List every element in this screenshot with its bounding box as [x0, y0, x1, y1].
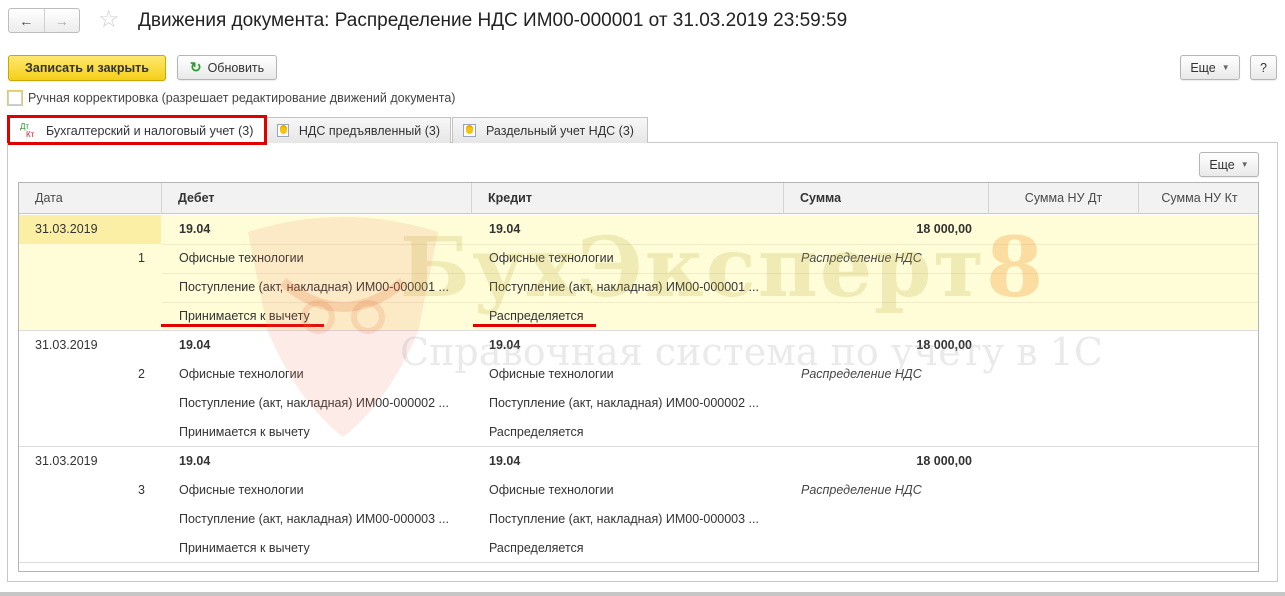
credit-line: Поступление (акт, накладная) ИМ00-000003… [489, 505, 759, 534]
debit-line: Поступление (акт, накладная) ИМ00-000003… [179, 505, 449, 534]
column-header-credit[interactable]: Кредит [472, 183, 784, 214]
star-icon[interactable]: ☆ [98, 6, 120, 34]
row-subline [162, 273, 1259, 274]
column-header-date[interactable]: Дата [19, 183, 162, 214]
arrow-right-icon: → [55, 13, 69, 29]
row-subline [162, 302, 1259, 303]
chevron-down-icon: ▼ [1222, 63, 1230, 72]
debit-line: 19.04 [179, 215, 210, 244]
forward-button[interactable]: → [45, 9, 80, 32]
row-amount: 18 000,00 [784, 331, 972, 360]
debit-line: Офисные технологии [179, 476, 304, 505]
column-header-nu-kt[interactable]: Сумма НУ Кт [1139, 183, 1259, 214]
credit-line: Распределяется [489, 418, 584, 447]
debit-line: Поступление (акт, накладная) ИМ00-000002… [179, 389, 449, 418]
back-button[interactable]: ← [9, 9, 45, 32]
credit-line: Офисные технологии [489, 360, 614, 389]
column-header-nu-dt[interactable]: Сумма НУ Дт [989, 183, 1139, 214]
row-date: 31.03.2019 [35, 215, 98, 244]
status-strip [0, 592, 1285, 596]
row-nu-dt [989, 215, 1124, 244]
row-amount: 18 000,00 [784, 215, 972, 244]
kt-label: Кт [26, 131, 34, 139]
column-header-amount[interactable]: Сумма [784, 183, 989, 214]
row-nu-dt [989, 331, 1124, 360]
row-date: 31.03.2019 [35, 331, 98, 360]
more-label: Еще [1190, 61, 1215, 75]
manual-edit-label: Ручная корректировка (разрешает редактир… [28, 91, 455, 105]
row-number: 3 [19, 476, 145, 505]
tab-separate-vat[interactable]: Раздельный учет НДС (3) [452, 117, 648, 143]
credit-line: 19.04 [489, 447, 520, 476]
table-row[interactable]: 31.03.2019119.0419.04Офисные технологииО… [19, 215, 1258, 331]
debit-annotation-underline [161, 324, 324, 327]
chevron-down-icon: ▼ [1241, 160, 1249, 169]
manual-edit-checkbox[interactable] [7, 90, 23, 106]
credit-line: 19.04 [489, 331, 520, 360]
row-nu-dt [989, 447, 1124, 476]
dt-kt-icon: Дт Кт [20, 122, 40, 140]
history-nav: ← → [8, 8, 80, 33]
tab-vat-presented[interactable]: НДС предъявленный (3) [266, 117, 451, 143]
row-content: Распределение НДС [801, 360, 922, 389]
debit-line: Офисные технологии [179, 244, 304, 273]
table-row[interactable]: 31.03.2019319.0419.04Офисные технологииО… [19, 447, 1258, 563]
row-nu-kt [1139, 447, 1249, 476]
register-icon [463, 124, 476, 137]
debit-line: Офисные технологии [179, 360, 304, 389]
tab-label: НДС предъявленный (3) [299, 124, 440, 138]
tab-label: Раздельный учет НДС (3) [486, 124, 634, 138]
credit-annotation-underline [473, 324, 596, 327]
tab-accounting[interactable]: Дт Кт Бухгалтерский и налоговый учет (3) [9, 117, 265, 144]
row-number: 1 [19, 244, 145, 273]
credit-line: 19.04 [489, 215, 520, 244]
row-content: Распределение НДС [801, 476, 922, 505]
tab-label: Бухгалтерский и налоговый учет (3) [46, 124, 253, 138]
credit-line: Офисные технологии [489, 244, 614, 273]
row-amount: 18 000,00 [784, 447, 972, 476]
row-nu-kt [1139, 331, 1249, 360]
debit-line: Принимается к вычету [179, 534, 310, 563]
row-date: 31.03.2019 [35, 447, 98, 476]
row-content: Распределение НДС [801, 244, 922, 273]
credit-line: Распределяется [489, 534, 584, 563]
debit-line: Принимается к вычету [179, 418, 310, 447]
credit-line: Поступление (акт, накладная) ИМ00-000002… [489, 389, 759, 418]
credit-line: Офисные технологии [489, 476, 614, 505]
refresh-label: Обновить [208, 61, 265, 75]
row-subline [162, 244, 1259, 245]
debit-line: 19.04 [179, 331, 210, 360]
help-button[interactable]: ? [1250, 55, 1277, 80]
movements-table: Дата Дебет Кредит Сумма Сумма НУ Дт Сумм… [18, 182, 1259, 572]
column-header-debit[interactable]: Дебет [162, 183, 472, 214]
arrow-left-icon: ← [19, 13, 33, 29]
more-label: Еще [1209, 158, 1234, 172]
table-row[interactable]: 31.03.2019219.0419.04Офисные технологииО… [19, 331, 1258, 447]
refresh-button[interactable]: ↻ Обновить [177, 55, 277, 80]
row-nu-kt [1139, 215, 1249, 244]
register-icon [277, 124, 289, 137]
table-more-button[interactable]: Еще ▼ [1199, 152, 1259, 177]
table-header: Дата Дебет Кредит Сумма Сумма НУ Дт Сумм… [19, 183, 1258, 214]
debit-line: Поступление (акт, накладная) ИМ00-000001… [179, 273, 449, 302]
debit-line: 19.04 [179, 447, 210, 476]
row-number: 2 [19, 360, 145, 389]
more-menu-button[interactable]: Еще ▼ [1180, 55, 1240, 80]
manual-edit-toggle[interactable]: Ручная корректировка (разрешает редактир… [7, 89, 455, 107]
page-title: Движения документа: Распределение НДС ИМ… [138, 8, 847, 34]
save-and-close-button[interactable]: Записать и закрыть [8, 55, 166, 81]
refresh-icon: ↻ [190, 59, 202, 76]
credit-line: Поступление (акт, накладная) ИМ00-000001… [489, 273, 759, 302]
